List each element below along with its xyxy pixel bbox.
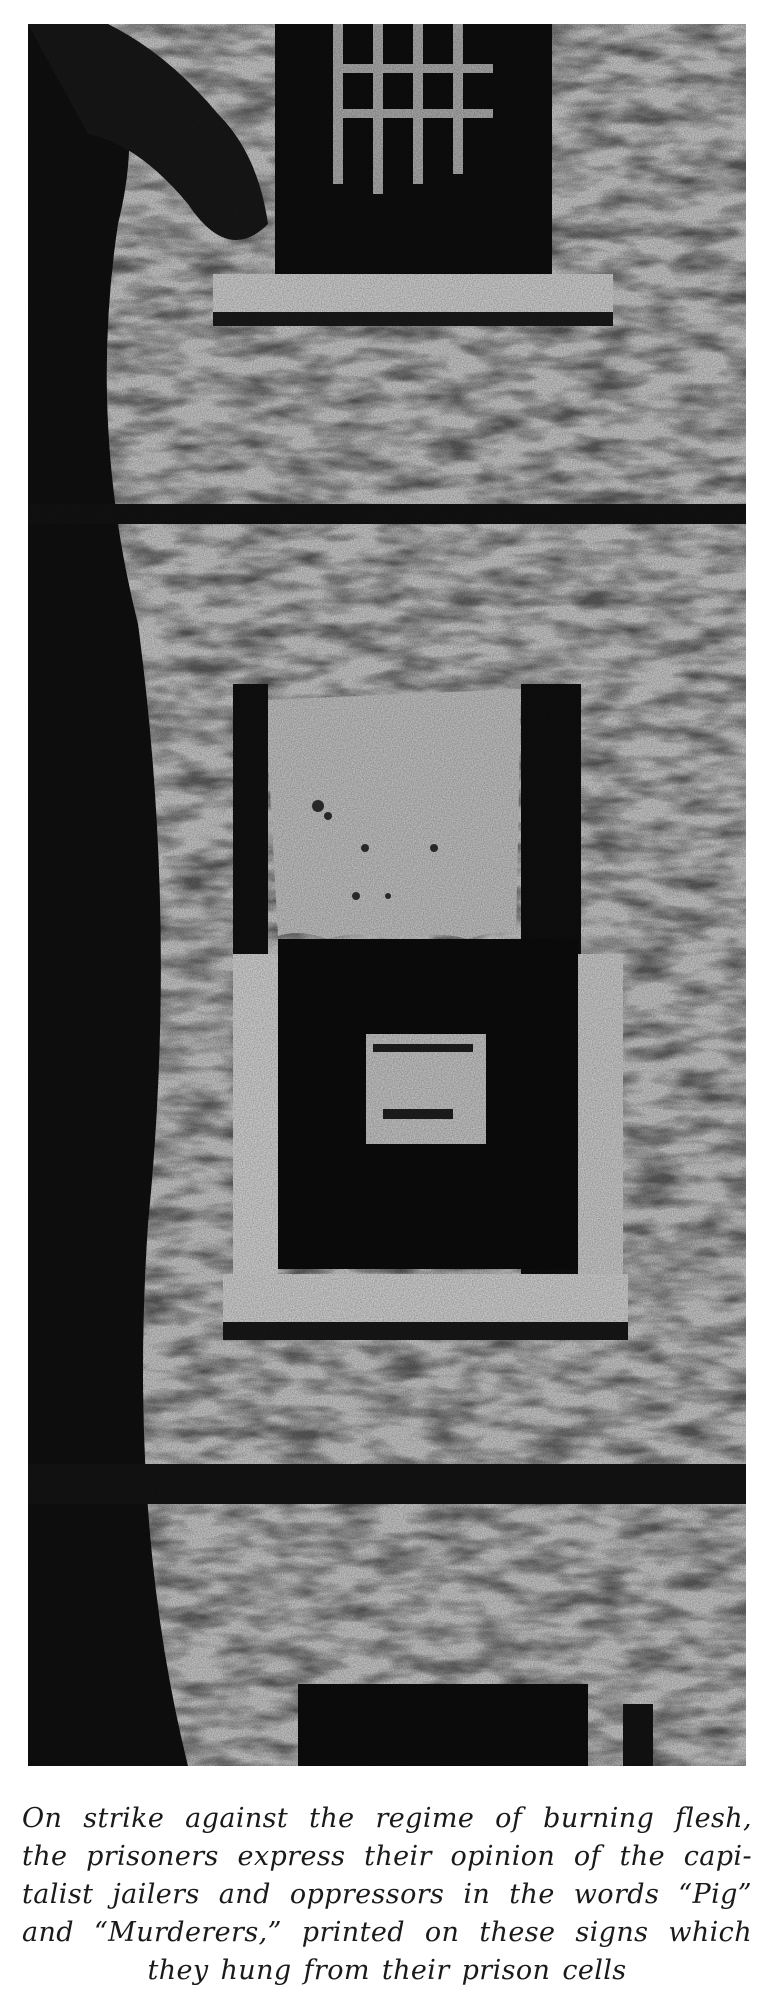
- photo-caption: On strike against the regime of burning …: [22, 1800, 752, 1990]
- caption-line: talist jailers and oppressors in the wor…: [22, 1876, 752, 1914]
- caption-line: and “Murderers,” printed on these signs …: [22, 1914, 752, 1952]
- prison-photograph: [28, 24, 746, 1766]
- caption-line: the prisoners express their opinion of t…: [22, 1838, 752, 1876]
- caption-line: On strike against the regime of burning …: [22, 1800, 752, 1838]
- prison-facade-image: [28, 24, 746, 1766]
- caption-line: they hung from their prison cells: [22, 1952, 752, 1990]
